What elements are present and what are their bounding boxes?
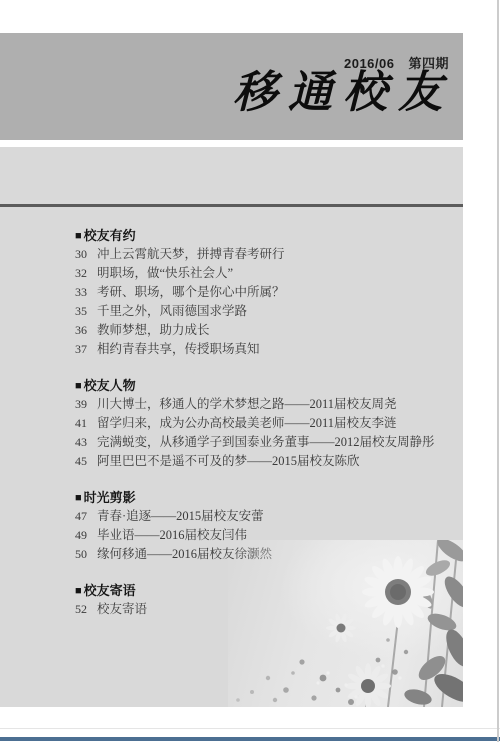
toc-item-title: 校友寄语 [97, 602, 147, 616]
toc-section: ■校友有约 30冲上云霄航天梦，拼搏青春考研行 32明职场，做“快乐社会人” 3… [75, 226, 455, 359]
toc-item: 39川大博士，移通人的学术梦想之路——2011届校友周尧 [75, 395, 455, 414]
toc-item: 47青春·追逐——2015届校友安蕾 [75, 507, 455, 526]
toc-item: 41留学归来，成为公办高校最美老师——2011届校友李涟 [75, 414, 455, 433]
toc-item: 36教师梦想，助力成长 [75, 321, 455, 340]
divider-rule [0, 204, 463, 207]
toc-item-title: 教师梦想，助力成长 [97, 323, 210, 337]
toc-item-title: 明职场，做“快乐社会人” [97, 266, 233, 280]
toc-item-title: 阿里巴巴不是遥不可及的梦——2015届校友陈欣 [97, 454, 360, 468]
toc-item: 35千里之外，风雨德国求学路 [75, 302, 455, 321]
toc-item-page-number: 47 [75, 507, 97, 526]
footer-faint-rule [0, 728, 500, 729]
toc-item: 45阿里巴巴不是遥不可及的梦——2015届校友陈欣 [75, 452, 455, 471]
toc-section-header: ■校友人物 [75, 376, 455, 395]
toc-item-page-number: 45 [75, 452, 97, 471]
toc-section-title: 校友寄语 [84, 583, 136, 598]
section-bullet-icon: ■ [75, 230, 82, 242]
toc-item-page-number: 32 [75, 264, 97, 283]
toc-item-page-number: 35 [75, 302, 97, 321]
toc-item-page-number: 39 [75, 395, 97, 414]
toc-section-header: ■时光剪影 [75, 488, 455, 507]
toc-item-title: 考研、职场，哪个是你心中所属？ [97, 285, 285, 299]
toc-item: 32明职场，做“快乐社会人” [75, 264, 455, 283]
toc-section-header: ■校友有约 [75, 226, 455, 245]
toc-item: 30冲上云霄航天梦，拼搏青春考研行 [75, 245, 455, 264]
page-edge-line [497, 0, 499, 742]
toc-item-title: 毕业语——2016届校友闫伟 [97, 528, 247, 542]
toc-item-page-number: 37 [75, 340, 97, 359]
magazine-title: 移通校友 [233, 67, 453, 119]
toc-item-page-number: 43 [75, 433, 97, 452]
masthead: 2016/06第四期 移通校友 [0, 33, 463, 140]
toc-section: ■校友人物 39川大博士，移通人的学术梦想之路——2011届校友周尧 41留学归… [75, 376, 455, 471]
toc-item-page-number: 33 [75, 283, 97, 302]
toc-item-title: 青春·追逐——2015届校友安蕾 [97, 509, 264, 523]
toc-item-title: 完满蜕变，从移通学子到国泰业务董事——2012届校友周静彤 [97, 435, 435, 449]
toc-item-title: 相约青春共享，传授职场真知 [97, 342, 260, 356]
toc-item-title: 千里之外，风雨德国求学路 [97, 304, 247, 318]
footer-blue-rule [0, 737, 500, 741]
toc-item: 33考研、职场，哪个是你心中所属？ [75, 283, 455, 302]
section-bullet-icon: ■ [75, 585, 82, 597]
toc-item: 43完满蜕变，从移通学子到国泰业务董事——2012届校友周静彤 [75, 433, 455, 452]
toc-item-page-number: 30 [75, 245, 97, 264]
toc-item-page-number: 50 [75, 545, 97, 564]
section-bullet-icon: ■ [75, 380, 82, 392]
toc-section-title: 校友有约 [84, 228, 136, 243]
section-bullet-icon: ■ [75, 492, 82, 504]
toc-section-title: 校友人物 [84, 378, 136, 393]
big-sunflower [362, 556, 434, 628]
toc-item-page-number: 41 [75, 414, 97, 433]
toc-item-page-number: 49 [75, 526, 97, 545]
magazine-contents-page: 2016/06第四期 移通校友 ■校友有约 30冲上云霄航天梦，拼搏青春考研行 … [0, 0, 500, 742]
toc-item-page-number: 52 [75, 600, 97, 619]
toc-item-title: 川大博士，移通人的学术梦想之路——2011届校友周尧 [97, 397, 397, 411]
toc-item-page-number: 36 [75, 321, 97, 340]
toc-area: ■校友有约 30冲上云霄航天梦，拼搏青春考研行 32明职场，做“快乐社会人” 3… [0, 147, 463, 707]
toc-section-title: 时光剪影 [84, 490, 136, 505]
small-sunflower [326, 613, 356, 643]
sunflower-photo [228, 540, 463, 707]
toc-item: 37相约青春共享，传授职场真知 [75, 340, 455, 359]
toc-item-title: 留学归来，成为公办高校最美老师——2011届校友李涟 [97, 416, 397, 430]
toc-item-title: 冲上云霄航天梦，拼搏青春考研行 [97, 247, 285, 261]
